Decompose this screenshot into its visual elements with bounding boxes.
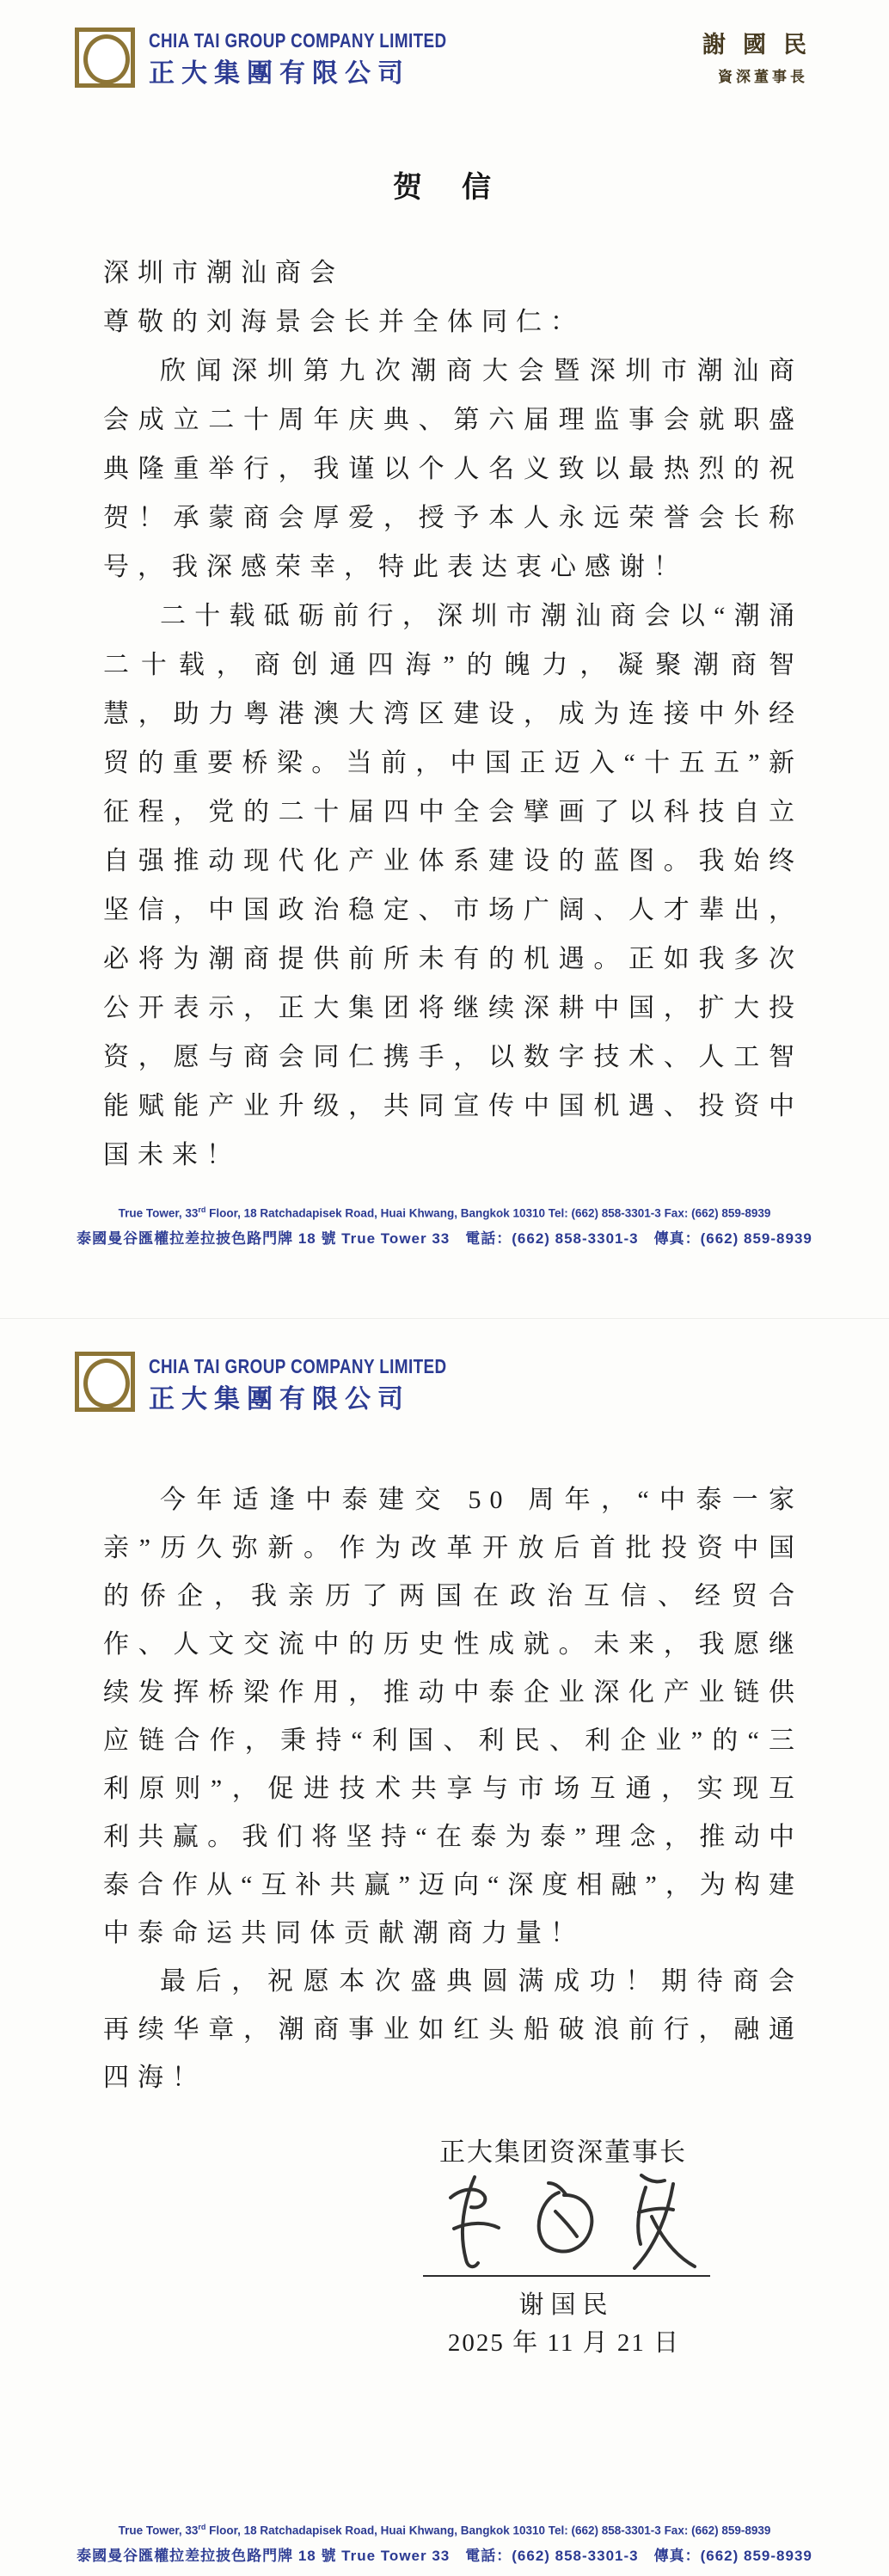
chia-tai-logo-icon [75,28,135,88]
chia-tai-logo-icon [75,1352,135,1412]
letterhead-chairman-block: 謝國民 資深董事長 [688,26,838,86]
salutation-line: 尊敬的刘海景会长并全体同仁： [103,297,803,347]
company-name-en: CHIA TAI GROUP COMPANY LIMITED [149,1355,447,1378]
company-name-zh: 正大集團有限公司 [149,1377,410,1415]
footer-page-2: True Tower, 33rd Floor, 18 Ratchadapisek… [0,2523,889,2565]
letter-body-page-2: 今年适逢中泰建交 50 周年，“中泰一家亲”历久弥新。作为改革开放后首批投资中国… [103,1476,803,2102]
recipient-line: 深圳市潮汕商会 [103,248,803,297]
handwritten-signature-image [430,2165,714,2277]
footer-page-1: True Tower, 33rd Floor, 18 Ratchadapisek… [0,1205,889,1248]
footer-address-en: True Tower, 33rd Floor, 18 Ratchadapisek… [0,1205,889,1220]
footer-en-prefix: True Tower, 33 [119,2524,199,2537]
paragraph-2: 二十载砥砺前行，深圳市潮汕商会以“潮涌二十载，商创通四海”的魄力，凝聚潮商智慧，… [103,592,803,1180]
chairman-name: 謝國民 [688,26,838,59]
letter-date: 2025 年 11 月 21 日 [395,2323,733,2358]
logo-circle-icon [83,1359,130,1408]
logo-circle-icon [83,34,130,84]
footer-address-en: True Tower, 33rd Floor, 18 Ratchadapisek… [0,2523,889,2537]
signature-underline [423,2275,710,2277]
footer-en-suffix: Floor, 18 Ratchadapisek Road, Huai Khwan… [205,2524,770,2537]
company-name-en: CHIA TAI GROUP COMPANY LIMITED [149,29,447,52]
company-name-zh: 正大集團有限公司 [149,52,410,89]
signoff-title: 正大集团资深董事长 [421,2131,705,2168]
signer-name: 谢国民 [423,2285,710,2321]
footer-address-zh: 泰國曼谷匯權拉差拉披色路門牌 18 號 True Tower 33 電話：(66… [0,1226,889,1248]
letter-body-page-1: 深圳市潮汕商会 尊敬的刘海景会长并全体同仁： 欣闻深圳第九次潮商大会暨深圳市潮汕… [103,248,803,1180]
scanned-congratulatory-letter: CHIA TAI GROUP COMPANY LIMITED 正大集團有限公司 … [0,0,889,2576]
paragraph-3: 今年适逢中泰建交 50 周年，“中泰一家亲”历久弥新。作为改革开放后首批投资中国… [103,1476,803,1958]
letter-title: 贺 信 [0,163,889,205]
footer-address-zh: 泰國曼谷匯權拉差拉披色路門牌 18 號 True Tower 33 電話：(66… [0,2543,889,2565]
paragraph-4: 最后，祝愿本次盛典圆满成功！期待商会再续华章，潮商事业如红头船破浪前行，融通四海… [103,1958,803,2102]
page-divider [0,1318,889,1319]
paragraph-1: 欣闻深圳第九次潮商大会暨深圳市潮汕商会成立二十周年庆典、第六届理监事会就职盛典隆… [103,347,803,592]
footer-en-suffix: Floor, 18 Ratchadapisek Road, Huai Khwan… [205,1207,770,1220]
chairman-title: 資深董事長 [688,64,838,86]
footer-en-prefix: True Tower, 33 [119,1207,199,1220]
